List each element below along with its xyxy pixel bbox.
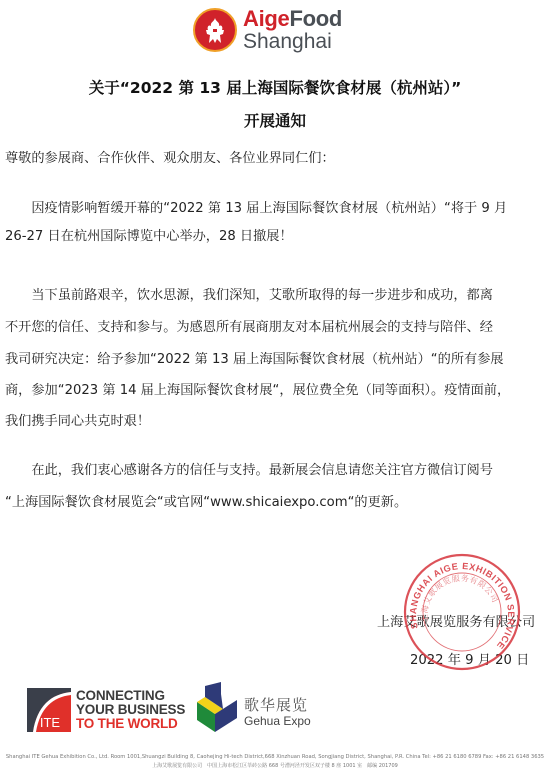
svg-text:SHANGHAI AIGE EXHIBITION SERVI: SHANGHAI AIGE EXHIBITION SERVICE CO.,LTD… — [402, 552, 516, 651]
paragraph-2-line-5: 我们携手同心共克时艰！ — [5, 411, 545, 433]
footer-address-en: Shanghai ITE Gehua Exhibition Co., Ltd. … — [0, 754, 550, 760]
notice-subtitle: 开展通知 — [0, 109, 550, 131]
logo-brand-food: Food — [289, 6, 342, 31]
aigefood-logo: AigeFood Shanghai — [193, 8, 342, 52]
paragraph-2-line-4: 商，参加“2023 第 14 届上海国际餐饮食材展“，展位费全免（同等面积）。疫… — [5, 380, 545, 402]
notice-title: 关于“2022 第 13 届上海国际餐饮食材展（杭州站）” — [0, 76, 550, 98]
ite-slogan-line-2: YOUR BUSINESS — [76, 703, 185, 717]
ite-logo-mark: ITE — [27, 688, 71, 732]
paragraph-2-line-2: 不开您的信任、支持和参与。为感恩所有展商朋友对本届杭州展会的支持与陪伴、经 — [5, 317, 545, 339]
paragraph-1-line-1: 因疫情影响暂缓开幕的“2022 第 13 届上海国际餐饮食材展（杭州站）“将于 … — [5, 198, 545, 220]
paragraph-2-line-1: 当下虽前路艰辛，饮水思源，我们深知，艾歌所取得的每一步进步和成功，都离 — [5, 285, 545, 307]
footer-address-cn: 上海艾歌展览有限公司 中国上海市松江区莘砖公路 668 号漕河泾开发区双子楼 8… — [0, 762, 550, 769]
gehua-name-cn: 歌华展览 — [244, 694, 308, 715]
footer-partner-logos: ITE CONNECTING YOUR BUSINESS TO THE WORL… — [0, 682, 550, 742]
signature-date: 2022 年 9 月 20 日 — [410, 649, 529, 668]
paragraph-2-line-3: 我司研究决定：给予参加“2022 第 13 届上海国际餐饮食材展（杭州站）“的所… — [5, 349, 545, 371]
company-signature: 上海艾歌展览服务有限公司 — [377, 611, 535, 630]
logo-brand-aige: Aige — [243, 6, 289, 31]
ite-slogan-line-3: TO THE WORLD — [76, 717, 185, 731]
paragraph-1-line-2: 26-27 日在杭州国际博览中心举办，28 日撤展！ — [5, 226, 545, 248]
gehua-name-en: Gehua Expo — [244, 714, 311, 728]
logo-city: Shanghai — [243, 31, 342, 52]
gehua-logo-mark — [195, 682, 239, 732]
paragraph-3-line-2: “上海国际餐饮食材展览会“或官网“www.shicaiexpo.com“的更新。 — [5, 492, 545, 514]
ite-slogan: CONNECTING YOUR BUSINESS TO THE WORLD — [76, 689, 185, 731]
seal-outer-text: SHANGHAI AIGE EXHIBITION SERVICE CO.,LTD… — [402, 552, 516, 651]
svg-text:ITE: ITE — [40, 715, 61, 730]
flame-cauldron-icon — [193, 8, 237, 52]
paragraph-3-line-1: 在此，我们衷心感谢各方的信任与支持。最新展会信息请您关注官方微信订阅号 — [5, 460, 545, 482]
salutation: 尊敬的参展商、合作伙伴、观众朋友、各位业界同仁们： — [5, 148, 545, 170]
ite-slogan-line-1: CONNECTING — [76, 689, 185, 703]
